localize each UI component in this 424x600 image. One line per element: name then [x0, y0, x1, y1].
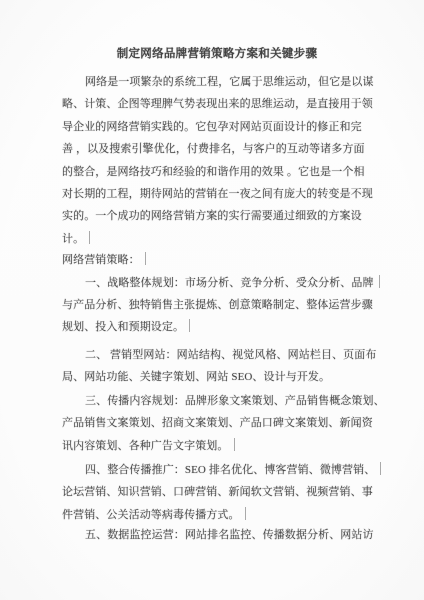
- text-line: 局、网站功能、关键字策划、网站 SEO、设计与开发。: [62, 366, 372, 388]
- text-line: 导企业的网络营销实践的。它包孕对网站页面设计的修正和完: [62, 116, 372, 138]
- text-line: 三、传播内容规划：品牌形象文案策划、产品销售概念策划、: [62, 390, 372, 412]
- text-line: 件营销、公关活动等病毒传播方式。: [62, 504, 372, 526]
- scan-cursor-artifact: [379, 275, 380, 288]
- text-line-text: 件营销、公关活动等病毒传播方式。: [62, 509, 240, 521]
- text-line-text: 讯内容策划、各种广告文字策划。: [62, 440, 229, 452]
- text-line: 的整合，是网络技巧和经验的和谐作用的效果 。它也是一个相: [62, 161, 372, 183]
- text-line-text: 一、战略整体规划：市场分析、竞争分析、受众分析、品牌: [85, 277, 374, 289]
- paragraph-item-3: 三、传播内容规划：品牌形象文案策划、产品销售概念策划、 产品销售文案策划、招商文…: [62, 390, 372, 457]
- paragraph-item-5: 五、数据监控运营：网站排名监控、传播数据分析、网站访: [62, 524, 372, 546]
- document-page: 制定网络品牌营销策略方案和关键步骤 网络是一项繁杂的系统工程，它属于思维运动，但…: [0, 0, 424, 600]
- text-line: 四、整合传播推广：SEO 排名优化、博客营销、微博营销、: [62, 459, 372, 481]
- text-line: 一、战略整体规划：市场分析、竞争分析、受众分析、品牌: [62, 272, 372, 294]
- text-line: 善 ，以及搜索引擎优化，付费排名，与客户的互动等诸多方面: [62, 138, 372, 160]
- document-title: 制定网络品牌营销策略方案和关键步骤: [62, 44, 372, 64]
- paragraph-intro: 网络是一项繁杂的系统工程，它属于思维运动，但它是以谋 略、计策、企图等理脾气势表…: [62, 71, 372, 250]
- text-line-text: 四、整合传播推广：SEO 排名优化、博客营销、微博营销、: [85, 464, 375, 476]
- text-line: 对长期的工程，期待网站的营销在一夜之间有庞大的转变是不现: [62, 183, 372, 205]
- paragraph-item-4: 四、整合传播推广：SEO 排名优化、博客营销、微博营销、 论坛营销、知识营销、口…: [62, 459, 372, 526]
- text-line-text: 规划、投入和预期设定。: [62, 321, 184, 333]
- text-line: 五、数据监控运营：网站排名监控、传播数据分析、网站访: [62, 524, 372, 546]
- section-heading-text: 网络营销策略：: [62, 254, 140, 266]
- text-line: 讯内容策划、各种广告文字策划。: [62, 435, 372, 457]
- text-line: 规划、投入和预期设定。: [62, 316, 372, 338]
- text-line: 产品销售文案策划、招商文案策划、产品口碑文案策划、新闻资: [62, 412, 372, 434]
- paragraph-strategy-heading: 网络营销策略：: [62, 249, 372, 271]
- section-heading: 网络营销策略：: [62, 249, 372, 271]
- text-line: 网络是一项繁杂的系统工程，它属于思维运动，但它是以谋: [62, 71, 372, 93]
- scan-cursor-artifact: [145, 252, 146, 265]
- text-line: 与产品分析、独特销售主张提炼、创意策略制定、整体运营步骤: [62, 294, 372, 316]
- scan-cursor-artifact: [234, 438, 235, 451]
- document-title-text: 制定网络品牌营销策略方案和关键步骤: [117, 48, 318, 60]
- paragraph-item-2: 二、 营销型网站：网站结构、视觉风格、网站栏目、页面布 局、网站功能、关键字策划…: [62, 344, 372, 389]
- text-line: 二、 营销型网站：网站结构、视觉风格、网站栏目、页面布: [62, 344, 372, 366]
- text-line: 实的。一个成功的网络营销方案的实行需要通过细致的方案设: [62, 205, 372, 227]
- paragraph-item-1: 一、战略整体规划：市场分析、竞争分析、受众分析、品牌 与产品分析、独特销售主张提…: [62, 272, 372, 339]
- scan-cursor-artifact: [245, 507, 246, 520]
- text-line: 略、计策、企图等理脾气势表现出来的思维运动，是直接用于领: [62, 93, 372, 115]
- text-line: 计。: [62, 228, 372, 250]
- scan-cursor-artifact: [189, 319, 190, 332]
- text-line-text: 计。: [62, 233, 84, 245]
- text-line: 论坛营销、知识营销、口碑营销、新闻软文营销、视频营销、事: [62, 481, 372, 503]
- scan-cursor-artifact: [89, 231, 90, 244]
- scan-cursor-artifact: [380, 462, 381, 475]
